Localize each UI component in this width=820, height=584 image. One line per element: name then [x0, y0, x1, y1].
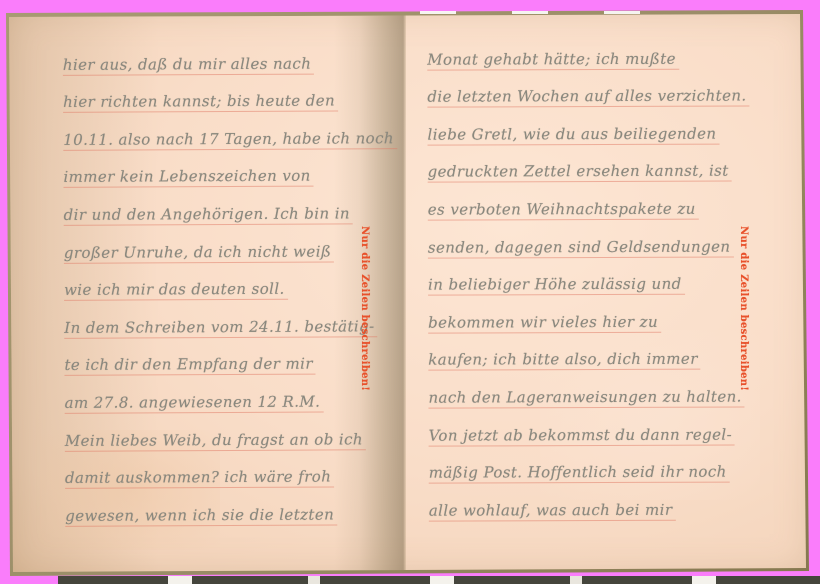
handwriting-line: 10.11. also nach 17 Tagen, habe ich noch	[63, 111, 401, 150]
handwriting-line: kaufen; ich bitte also, dich immer	[428, 332, 784, 371]
right-page-text: Monat gehabt hätte; ich mußtedie letzten…	[427, 31, 785, 521]
handwriting-line: te ich dir den Empfang der mir	[64, 337, 402, 376]
handwriting-text: liebe Gretl, wie du aus beiliegenden	[427, 124, 719, 145]
handwriting-line: wie ich mir das deuten soll.	[64, 262, 402, 301]
handwriting-line: senden, dagegen sind Geldsendungen	[428, 219, 784, 258]
handwriting-line: in beliebiger Höhe zulässig und	[428, 257, 784, 296]
handwriting-text: kaufen; ich bitte also, dich immer	[428, 350, 701, 371]
scan-artifact-bottom	[58, 576, 820, 584]
handwriting-line: hier aus, daß du mir alles nach	[63, 36, 401, 75]
handwriting-text: Monat gehabt hätte; ich mußte	[427, 49, 679, 70]
handwriting-text: hier richten kannst; bis heute den	[63, 92, 338, 113]
handwriting-text: In dem Schreiben vom 24.11. bestätig-	[64, 317, 377, 339]
handwriting-text: alle wohlauf, was auch bei mir	[429, 500, 676, 521]
letter-sheet: hier aus, daß du mir alles nachhier rich…	[0, 0, 820, 584]
handwriting-line: gewesen, wenn ich sie die letzten	[65, 487, 403, 526]
letter-scan: hier aus, daß du mir alles nachhier rich…	[0, 0, 820, 584]
handwriting-line: Monat gehabt hätte; ich mußte	[427, 31, 783, 70]
handwriting-text: damit auskommen? ich wäre froh	[65, 468, 334, 489]
handwriting-line: bekommen wir vieles hier zu	[428, 295, 784, 334]
handwriting-text: nach den Lageranweisungen zu halten.	[428, 387, 744, 408]
handwriting-line: dir und den Angehörigen. Ich bin in	[64, 186, 402, 225]
handwriting-line: die letzten Wochen auf alles verzichten.	[427, 69, 783, 108]
handwriting-line: In dem Schreiben vom 24.11. bestätig-	[64, 299, 402, 338]
handwriting-line: immer kein Lebenszeichen von	[63, 149, 401, 188]
handwriting-text: dir und den Angehörigen. Ich bin in	[64, 204, 353, 226]
left-page-text: hier aus, daß du mir alles nachhier rich…	[63, 36, 404, 526]
handwriting-text: am 27.8. angewiesenen 12 R.M.	[65, 392, 324, 413]
handwriting-line: liebe Gretl, wie du aus beiliegenden	[427, 107, 783, 146]
handwriting-text: hier aus, daß du mir alles nach	[63, 54, 314, 75]
printed-instruction-stamp-left: Nur die Zeilen beschreiben!	[359, 226, 370, 391]
handwriting-text: gewesen, wenn ich sie die letzten	[65, 505, 337, 526]
handwriting-line: nach den Lageranweisungen zu halten.	[428, 370, 784, 409]
handwriting-text: gedruckten Zettel ersehen kannst, ist	[428, 162, 732, 183]
scan-artifact-top	[420, 11, 680, 14]
printed-instruction-stamp-right: Nur die Zeilen beschreiben!	[738, 226, 749, 391]
handwriting-text: die letzten Wochen auf alles verzichten.	[427, 87, 749, 108]
handwriting-text: immer kein Lebenszeichen von	[63, 167, 313, 188]
handwriting-text: senden, dagegen sind Geldsendungen	[428, 237, 734, 258]
handwriting-text: te ich dir den Empfang der mir	[64, 355, 316, 376]
handwriting-line: Mein liebes Weib, du fragst an ob ich	[65, 412, 403, 451]
handwriting-line: großer Unruhe, da ich nicht weiß	[64, 224, 402, 263]
handwriting-text: in beliebiger Höhe zulässig und	[428, 275, 685, 296]
handwriting-line: am 27.8. angewiesenen 12 R.M.	[64, 374, 402, 413]
handwriting-line: Von jetzt ab bekommst du dann regel-	[428, 407, 784, 446]
handwriting-text: mäßig Post. Hoffentlich seid ihr noch	[429, 463, 730, 484]
handwriting-text: es verboten Weihnachtspakete zu	[428, 200, 699, 221]
handwriting-text: bekommen wir vieles hier zu	[428, 313, 661, 334]
handwriting-text: Mein liebes Weib, du fragst an ob ich	[65, 430, 366, 452]
handwriting-line: damit auskommen? ich wäre froh	[65, 450, 403, 489]
handwriting-text: großer Unruhe, da ich nicht weiß	[64, 242, 335, 263]
handwriting-line: gedruckten Zettel ersehen kannst, ist	[428, 144, 784, 183]
handwriting-text: wie ich mir das deuten soll.	[64, 280, 288, 301]
handwriting-line: hier richten kannst; bis heute den	[63, 74, 401, 113]
handwriting-line: es verboten Weihnachtspakete zu	[428, 182, 784, 221]
handwriting-text: Von jetzt ab bekommst du dann regel-	[429, 425, 736, 446]
handwriting-line: mäßig Post. Hoffentlich seid ihr noch	[429, 445, 785, 484]
handwriting-line: alle wohlauf, was auch bei mir	[429, 483, 785, 522]
handwriting-text: 10.11. also nach 17 Tagen, habe ich noch	[63, 129, 397, 151]
